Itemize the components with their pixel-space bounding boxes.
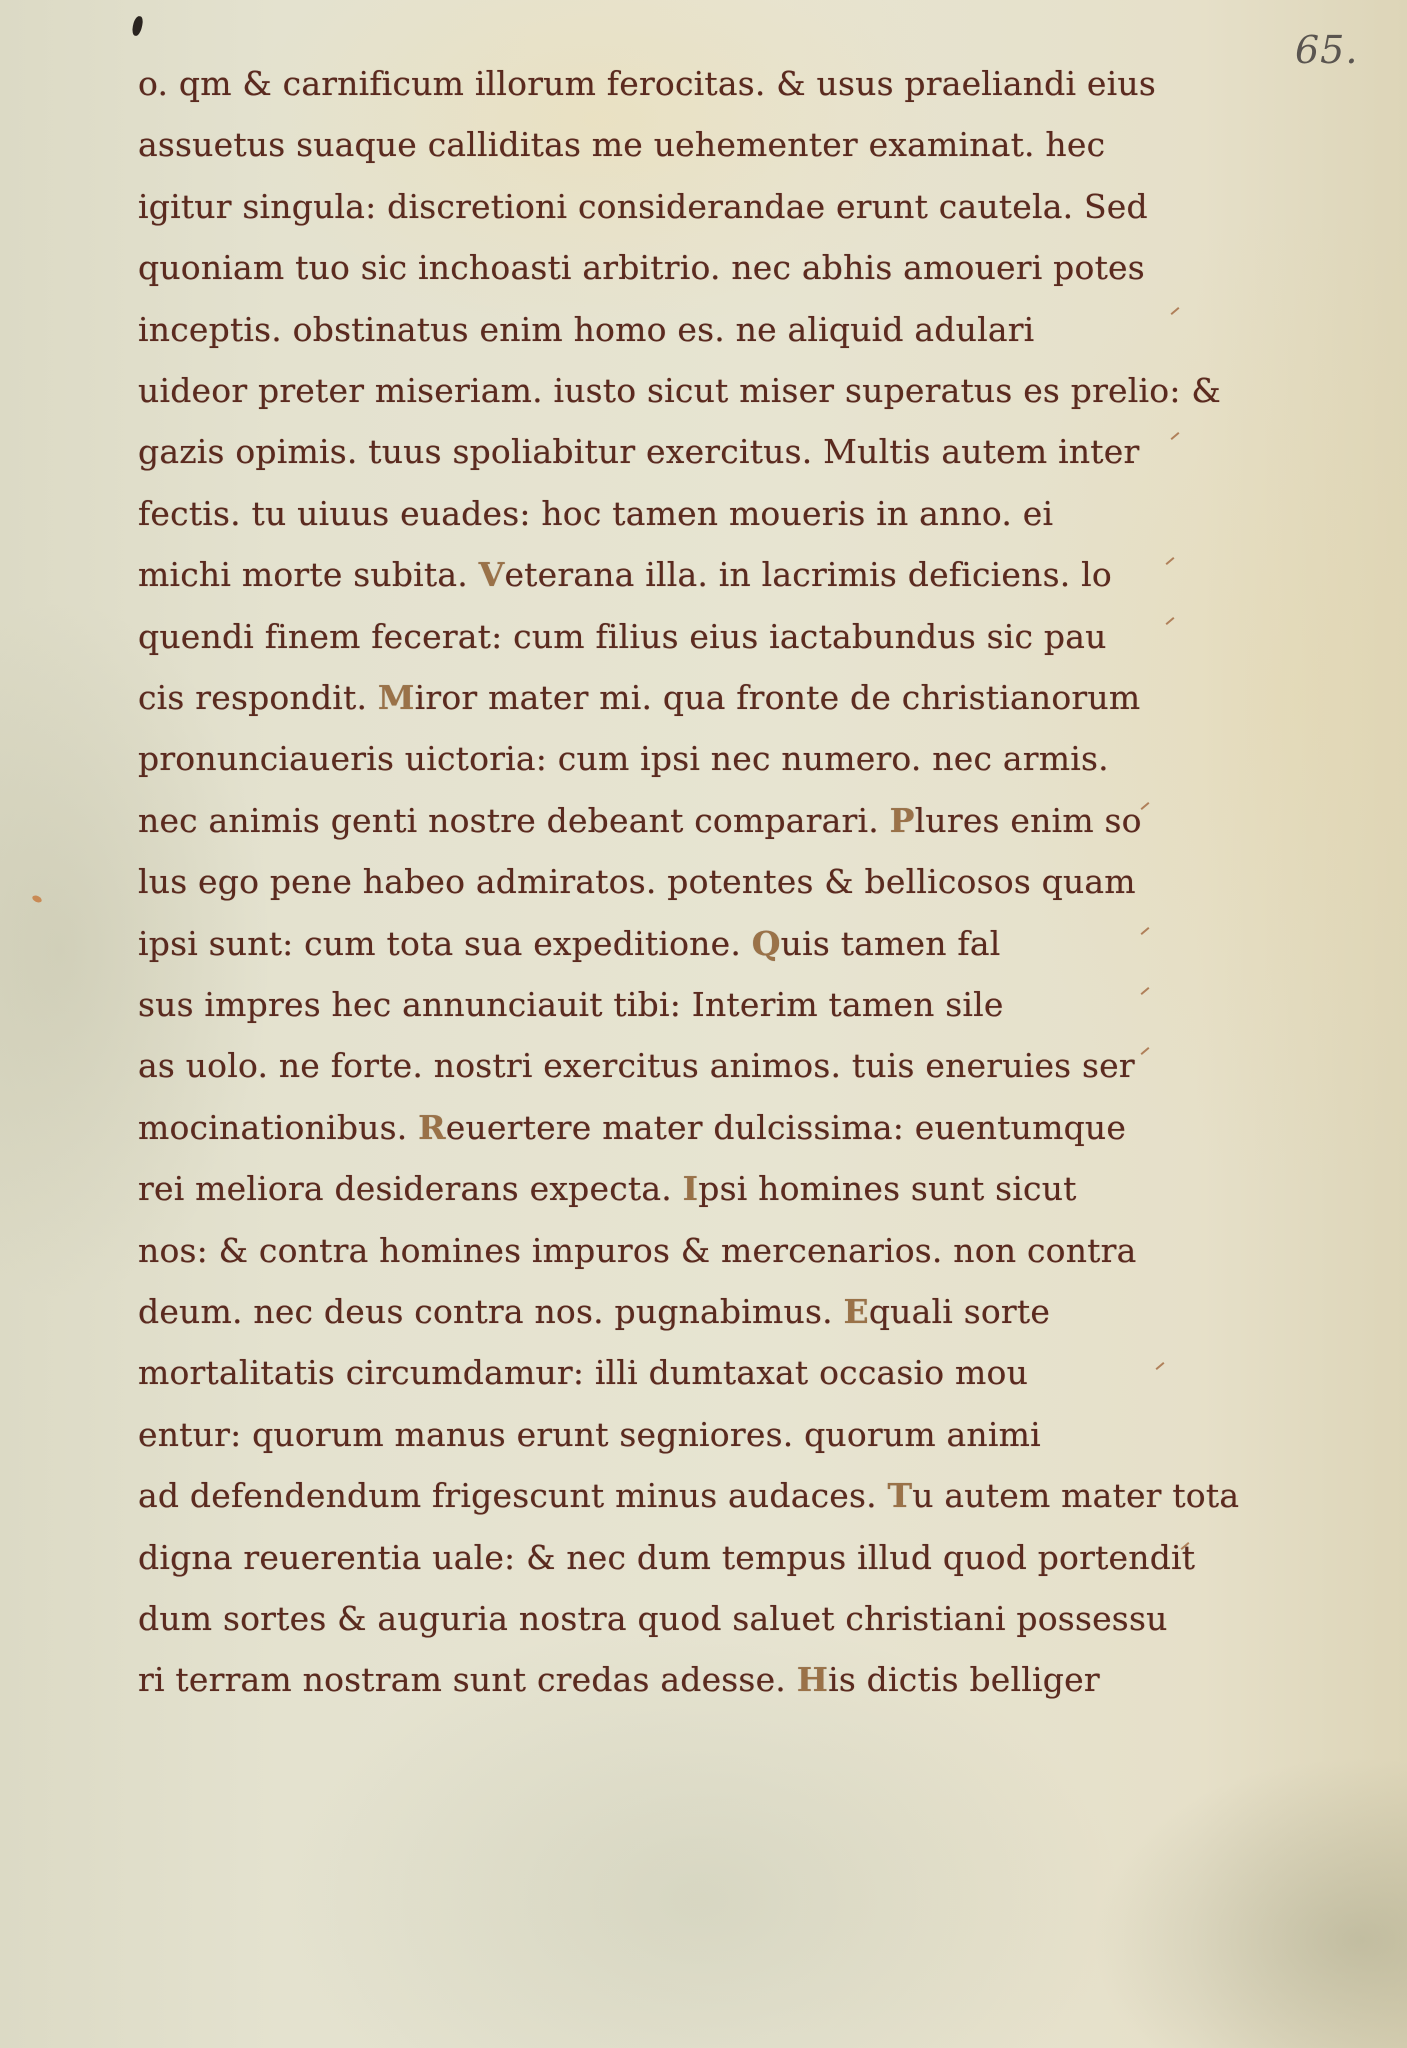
text-line: lus ego pene habeo admiratos. potentes &…: [138, 862, 1168, 902]
text-line: o. qm & carnificum illorum ferocitas. & …: [138, 64, 1168, 104]
rubricated-initial: R: [418, 1108, 446, 1148]
text-line: rei meliora desiderans expecta. Ipsi hom…: [138, 1169, 1168, 1209]
text-block: o. qm & carnificum illorum ferocitas. & …: [0, 0, 1407, 1750]
text-line: michi morte subita. Veterana illa. in la…: [138, 555, 1168, 595]
text-line: mocinationibus. Reuertere mater dulcissi…: [138, 1108, 1168, 1148]
rubricated-initial: T: [888, 1476, 913, 1516]
text-line: sus impres hec annunciauit tibi: Interim…: [138, 985, 1168, 1025]
text-line: as uolo. ne forte. nostri exercitus anim…: [138, 1046, 1168, 1086]
rubricated-initial: E: [843, 1292, 868, 1332]
text-line: nec animis genti nostre debeant comparar…: [138, 801, 1168, 841]
text-line: uideor preter miseriam. iusto sicut mise…: [138, 371, 1168, 411]
text-line: ad defendendum frigescunt minus audaces.…: [138, 1476, 1168, 1516]
rubricated-initial: P: [890, 801, 915, 841]
text-line: quendi finem fecerat: cum filius eius ia…: [138, 617, 1168, 657]
text-line: digna reuerentia uale: & nec dum tempus …: [138, 1538, 1168, 1578]
rubricated-initial: Q: [752, 924, 781, 964]
text-line: nos: & contra homines impuros & mercenar…: [138, 1231, 1168, 1271]
text-line: assuetus suaque calliditas me uehementer…: [138, 125, 1168, 165]
rubricated-initial: M: [378, 678, 415, 718]
text-line: gazis opimis. tuus spoliabitur exercitus…: [138, 432, 1168, 472]
text-line: igitur singula: discretioni consideranda…: [138, 187, 1168, 227]
text-line: cis respondit. Miror mater mi. qua front…: [138, 678, 1168, 718]
text-line: ri terram nostram sunt credas adesse. Hi…: [138, 1660, 1168, 1700]
text-line: entur: quorum manus erunt segniores. quo…: [138, 1415, 1168, 1455]
text-line: deum. nec deus contra nos. pugnabimus. E…: [138, 1292, 1168, 1332]
text-line: quoniam tuo sic inchoasti arbitrio. nec …: [138, 248, 1168, 288]
text-line: mortalitatis circumdamur: illi dumtaxat …: [138, 1353, 1168, 1393]
text-line: ipsi sunt: cum tota sua expeditione. Qui…: [138, 924, 1168, 964]
text-line: dum sortes & auguria nostra quod saluet …: [138, 1599, 1168, 1639]
text-line: pronunciaueris uictoria: cum ipsi nec nu…: [138, 739, 1168, 779]
rubricated-initial: I: [683, 1169, 699, 1209]
manuscript-page: 65. o. qm & carnificum illorum ferocitas…: [0, 0, 1407, 2048]
text-line: inceptis. obstinatus enim homo es. ne al…: [138, 310, 1168, 350]
rubricated-initial: H: [797, 1660, 828, 1700]
rubricated-initial: V: [479, 555, 505, 595]
text-line: fectis. tu uiuus euades: hoc tamen mouer…: [138, 494, 1168, 534]
